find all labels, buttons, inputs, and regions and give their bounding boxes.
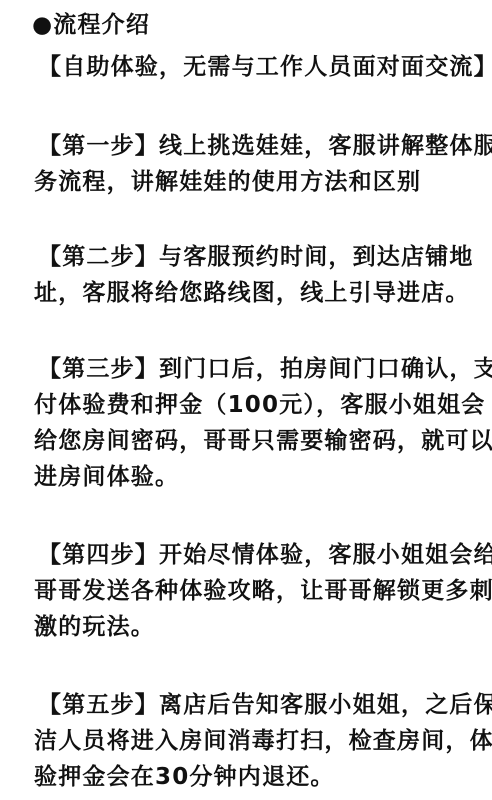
- step-4-line-2: 哥哥发送各种体验攻略，让哥哥解锁更多刺: [34, 576, 492, 606]
- step-1-line-2: 务流程，讲解娃娃的使用方法和区别: [34, 167, 421, 197]
- section-subtitle: 【自助体验，无需与工作人员面对面交流】: [38, 52, 492, 82]
- step-2-line-1: 【第二步】与客服预约时间，到达店铺地: [38, 242, 474, 272]
- step-5-line-3: 验押金会在30分钟内退还。: [34, 762, 335, 792]
- section-title: ●流程介绍: [32, 10, 150, 40]
- step-3-line-2: 付体验费和押金（100元），客服小姐姐会: [34, 390, 486, 420]
- step-4-line-1: 【第四步】开始尽情体验，客服小姐姐会给: [38, 540, 492, 570]
- step-3-line-4: 进房间体验。: [34, 462, 179, 492]
- step-5-line-2: 洁人员将进入房间消毒打扫，检查房间，体: [34, 726, 492, 756]
- step-3-line-1: 【第三步】到门口后，拍房间门口确认，支: [38, 354, 492, 384]
- step-4-line-3: 激的玩法。: [34, 612, 155, 642]
- step-5-line-1: 【第五步】离店后告知客服小姐姐，之后保: [38, 690, 492, 720]
- step-1-line-1: 【第一步】线上挑选娃娃，客服讲解整体服: [38, 131, 492, 161]
- step-3-line-3: 给您房间密码，哥哥只需要输密码，就可以: [34, 426, 492, 456]
- step-2-line-2: 址，客服将给您路线图，线上引导进店。: [34, 278, 470, 308]
